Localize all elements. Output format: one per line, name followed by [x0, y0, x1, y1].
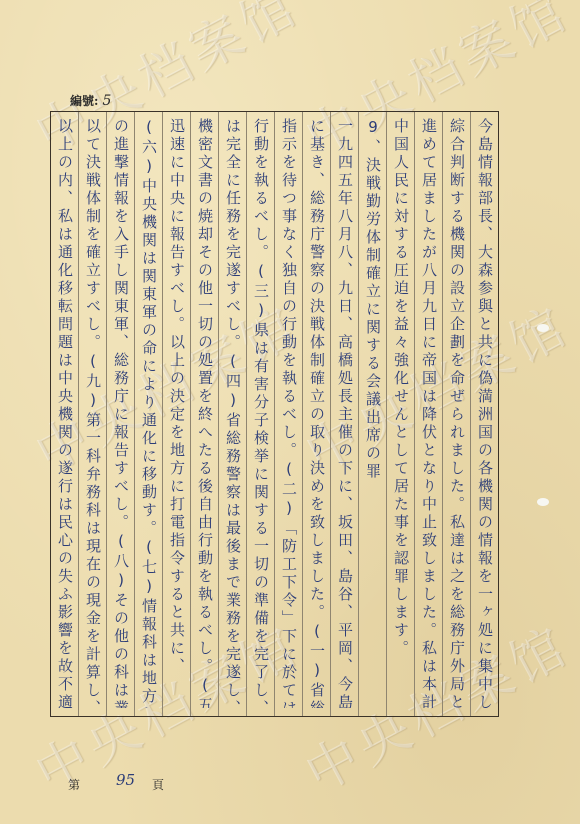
manuscript-column: 中国人民に対する圧迫を益々強化せんとして居た事を認罪します。 [386, 112, 414, 716]
manuscript-column: は完全に任務を完遂すべし。(四)省総務警察は最後まで業務を完遂し、遂行不可能とな… [218, 112, 246, 716]
manuscript-column: 一九四五年八月八、九日、高橋処長主催の下に、坂田、島谷、平岡、今島の四科長は、蘇… [330, 112, 358, 716]
manuscript-column: 以上の内、私は通化移転問題は中央機関の遂行は民心の失ふ影響を故不適当なり」と反対… [51, 112, 78, 716]
manuscript-column: 指示を待つ事なく独自の行動を執るべし。(二)「防工下令」下に於ては防工司令官の指… [274, 112, 302, 716]
column-text: に基き、総務庁警察の決戦体制確立の取り決めを致しました。(一)省総務科学員は、今… [303, 118, 330, 708]
column-text: 今島情報部長、大森参與と共に偽満洲国の各機関の情報を一ヶ処に集中し、世界及国内の… [471, 118, 498, 708]
column-text: の進撃情報を入手し関東軍、総務庁に報告すべし。(八)その他の科は業務を中止し機密… [107, 118, 134, 708]
manuscript-column: 以て決戦体制を確立すべし。(九)第一科弁務科は現在の現金を計算し、全額を職員に配… [78, 112, 106, 716]
manuscript-column: 行動を執るべし。(三)県は有害分子検挙に関する一切の準備を完了し、防工司令官の命… [246, 112, 274, 716]
column-text: 以上の内、私は通化移転問題は中央機関の遂行は民心の失ふ影響を故不適当なり」と反対… [51, 118, 78, 708]
manuscript-column: 迅速に中央に報告すべし。以上の決定を地方に打電指令すると共に、 [162, 112, 190, 716]
punch-hole [537, 324, 549, 332]
column-text: 9、決戦勤労体制確立に関する会議出席の罪 [359, 118, 386, 708]
column-text: 綜合判断する機関の設立企劃を命ぜられました。私達は之を総務庁外局として設立すべく [443, 118, 470, 708]
column-text: 以て決戦体制を確立すべし。(九)第一科弁務科は現在の現金を計算し、全額を職員に配… [79, 118, 106, 708]
page-number-prefix: 第 [68, 776, 80, 793]
document-number-label: 編號: [70, 94, 98, 108]
column-text: (六)中央機関は関東軍の命により通化に移動す。(七)情報科は地方との連絡を密にし… [135, 118, 162, 708]
manuscript-column: 綜合判断する機関の設立企劃を命ぜられました。私達は之を総務庁外局として設立すべく [442, 112, 470, 716]
column-text: 指示を待つ事なく独自の行動を執るべし。(二)「防工下令」下に於ては防工司令官の指… [275, 118, 302, 708]
column-text: 一九四五年八月八、九日、高橋処長主催の下に、坂田、島谷、平岡、今島の四科長は、蘇… [331, 118, 358, 708]
document-number-value: 5 [102, 93, 111, 109]
manuscript-column: 今島情報部長、大森参與と共に偽満洲国の各機関の情報を一ヶ処に集中し、世界及国内の… [470, 112, 498, 716]
manuscript-column: 機密文書の焼却その他一切の処置を終へたる後自由行動を執るべし。(五)蘇聯軍の進撃… [190, 112, 218, 716]
column-text: 進めて居ましたが八月九日に帝国は降伏となり中止致しました。私は本計画を実現するこ… [415, 118, 442, 708]
page-number: 95 [116, 771, 135, 789]
column-text: 行動を執るべし。(三)県は有害分子検挙に関する一切の準備を完了し、防工司令官の命… [247, 118, 274, 708]
manuscript-column: に基き、総務庁警察の決戦体制確立の取り決めを致しました。(一)省総務科学員は、今… [302, 112, 330, 716]
manuscript-column: の進撃情報を入手し関東軍、総務庁に報告すべし。(八)その他の科は業務を中止し機密… [106, 112, 134, 716]
column-text: は完全に任務を完遂すべし。(四)省総務警察は最後まで業務を完遂し、遂行不可能とな… [219, 118, 246, 708]
manuscript-column: 進めて居ましたが八月九日に帝国は降伏となり中止致しました。私は本計画を実現するこ… [414, 112, 442, 716]
column-text: 機密文書の焼却その他一切の処置を終へたる後自由行動を執るべし。(五)蘇聯軍の進撃… [191, 118, 218, 708]
column-text: 迅速に中央に報告すべし。以上の決定を地方に打電指令すると共に、 [163, 118, 190, 708]
punch-hole [537, 498, 549, 506]
document-number: 編號:5 [70, 92, 111, 109]
column-text: 中国人民に対する圧迫を益々強化せんとして居た事を認罪します。 [387, 118, 414, 708]
manuscript-grid: 今島情報部長、大森参與と共に偽満洲国の各機関の情報を一ヶ処に集中し、世界及国内の… [50, 111, 499, 717]
page-number-suffix: 頁 [152, 776, 164, 793]
manuscript-column: (六)中央機関は関東軍の命により通化に移動す。(七)情報科は地方との連絡を密にし… [134, 112, 162, 716]
manuscript-column: 9、決戦勤労体制確立に関する会議出席の罪 [358, 112, 386, 716]
